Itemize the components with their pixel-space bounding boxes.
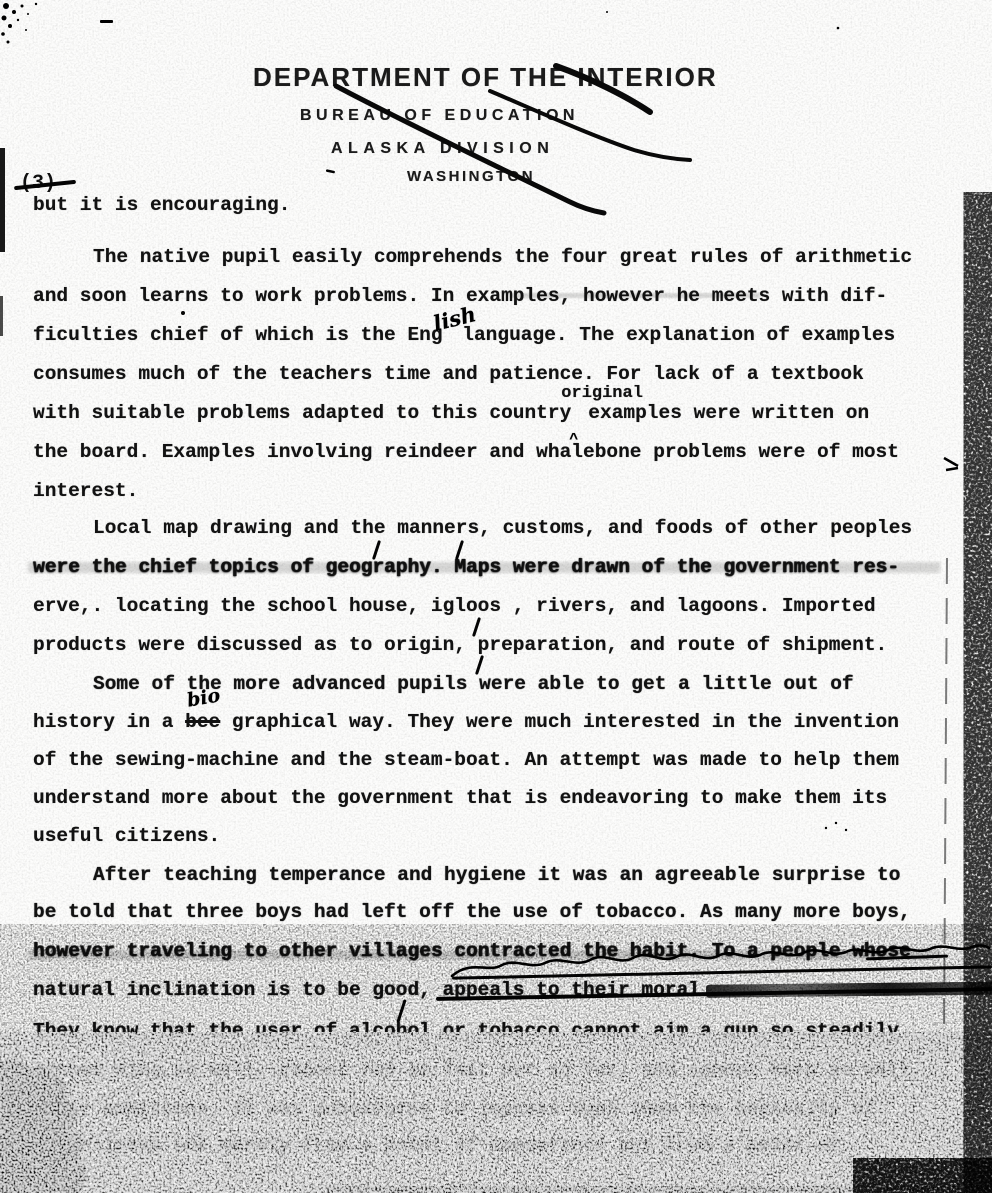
body-line: understand more about the government tha… xyxy=(33,786,887,810)
scanned-typewritten-page: DEPARTMENT OF THE INTERIOR BUREAU OF EDU… xyxy=(0,0,992,1193)
handwritten-bio-insertion: bio xyxy=(185,684,222,711)
body-line: consumes much of the teachers time and p… xyxy=(33,362,864,386)
body-line: history in a biobee graphical way. They … xyxy=(33,710,899,734)
body-line-text: natural inclination is to be good, appea… xyxy=(33,979,700,1001)
struck-word-container: biobee xyxy=(185,710,220,734)
body-line: the board. Examples involving reindeer a… xyxy=(33,440,899,464)
body-line-text: examples were written on xyxy=(588,402,869,424)
struck-word: bee xyxy=(185,711,220,733)
body-line: cannot sing so well, cannot run so fast … xyxy=(33,1058,922,1082)
body-line: They know that the user of alcohol or to… xyxy=(33,1019,899,1043)
body-line: products were discussed as to origin, pr… xyxy=(33,633,887,657)
letterhead-bureau: BUREAU OF EDUCATION xyxy=(300,107,579,125)
body-line: with suitable problems adapted to this c… xyxy=(33,401,869,425)
body-line-text: ficulties chief of which is the Eng xyxy=(33,324,443,346)
body-line-text: language. The explanation of examples xyxy=(451,324,896,346)
edge-grain xyxy=(965,240,992,1193)
body-line: Local map drawing and the manners, custo… xyxy=(93,516,912,540)
pen-tick-marks xyxy=(944,458,958,470)
body-line: The native pupil easily comprehends the … xyxy=(93,245,912,269)
body-line: natural inclination is to be good, appea… xyxy=(33,978,992,1002)
body-line: were the chief topics of geography. Maps… xyxy=(33,555,899,579)
body-line-text: with suitable problems adapted to this c… xyxy=(33,402,571,424)
letterhead-division: ALASKA DIVISION xyxy=(331,140,554,158)
page-number-marker: (3) xyxy=(20,172,56,195)
pen-dot-mark xyxy=(181,311,185,315)
letterhead-city: WASHINGTON xyxy=(407,168,535,185)
scan-edge-mark xyxy=(0,296,3,336)
body-line: After teaching temperance and hygiene it… xyxy=(93,863,900,887)
body-line-text: graphical way. They were much interested… xyxy=(220,711,899,733)
fold-line xyxy=(943,558,947,1190)
body-line: be told that three boys had left off the… xyxy=(33,900,911,924)
struck-out-words xyxy=(706,981,992,997)
typed-original-insertion: original xyxy=(561,384,643,403)
edge-grain xyxy=(860,1160,992,1193)
letterhead-department: DEPARTMENT OF THE INTERIOR xyxy=(253,62,718,93)
body-line: of the sewing-machine and the steam-boat… xyxy=(33,748,899,772)
body-line: interest. xyxy=(33,479,138,503)
body-line: cleanliness not merely from a point of a… xyxy=(33,1133,840,1157)
body-line: their ambitions. It was endeavored to im… xyxy=(33,1097,876,1121)
scan-bottom-edge xyxy=(326,1186,992,1193)
body-line: erve,. locating the school house, igloos… xyxy=(33,594,876,618)
body-line-text: history in a xyxy=(33,711,185,733)
scan-edge-mark xyxy=(0,148,5,252)
body-line: however traveling to other villages cont… xyxy=(33,939,911,963)
body-line: but it is encouraging. xyxy=(33,193,290,217)
body-line: ficulties chief of which is the English … xyxy=(33,323,895,347)
body-line: useful citizens. xyxy=(33,824,220,848)
